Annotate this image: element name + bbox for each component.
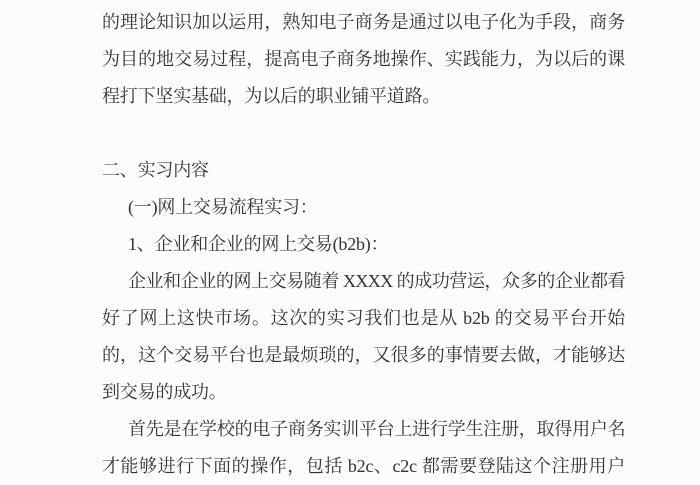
subsection-heading: (一)网上交易流程实习： bbox=[102, 189, 625, 226]
text-line: 为目的地交易过程，提高电子商务地操作、实践能力，为以后的课 bbox=[102, 41, 625, 78]
text-line: 才能够进行下面的操作，包括 b2c、c2c 都需要登陆这个注册用户 bbox=[102, 448, 625, 470]
text-line: 到交易的成功。 bbox=[102, 374, 625, 411]
page-background: { "colors": { "text": "#333333", "backgr… bbox=[0, 0, 700, 470]
text-line: 程打下坚实基础，为以后的职业铺平道路。 bbox=[102, 78, 625, 115]
document-page: 的理论知识加以运用，熟知电子商务是通过以电子化为手段，商务 为目的地交易过程，提… bbox=[102, 4, 625, 470]
section-heading: 二、实习内容 bbox=[102, 152, 625, 189]
text-line: 的理论知识加以运用，熟知电子商务是通过以电子化为手段，商务 bbox=[102, 4, 625, 41]
text-line: 的，这个交易平台也是最烦琐的，又很多的事情要去做，才能够达 bbox=[102, 337, 625, 374]
text-line: 企业和企业的网上交易随着 XXXX 的成功营运，众多的企业都看 bbox=[102, 263, 625, 300]
text-line: 首先是在学校的电子商务实训平台上进行学生注册，取得用户名 bbox=[102, 411, 625, 448]
list-item-heading: 1、企业和企业的网上交易(b2b)： bbox=[102, 226, 625, 263]
text-line: 好了网上这快市场。这次的实习我们也是从 b2b 的交易平台开始 bbox=[102, 300, 625, 337]
blank-line bbox=[102, 115, 625, 152]
